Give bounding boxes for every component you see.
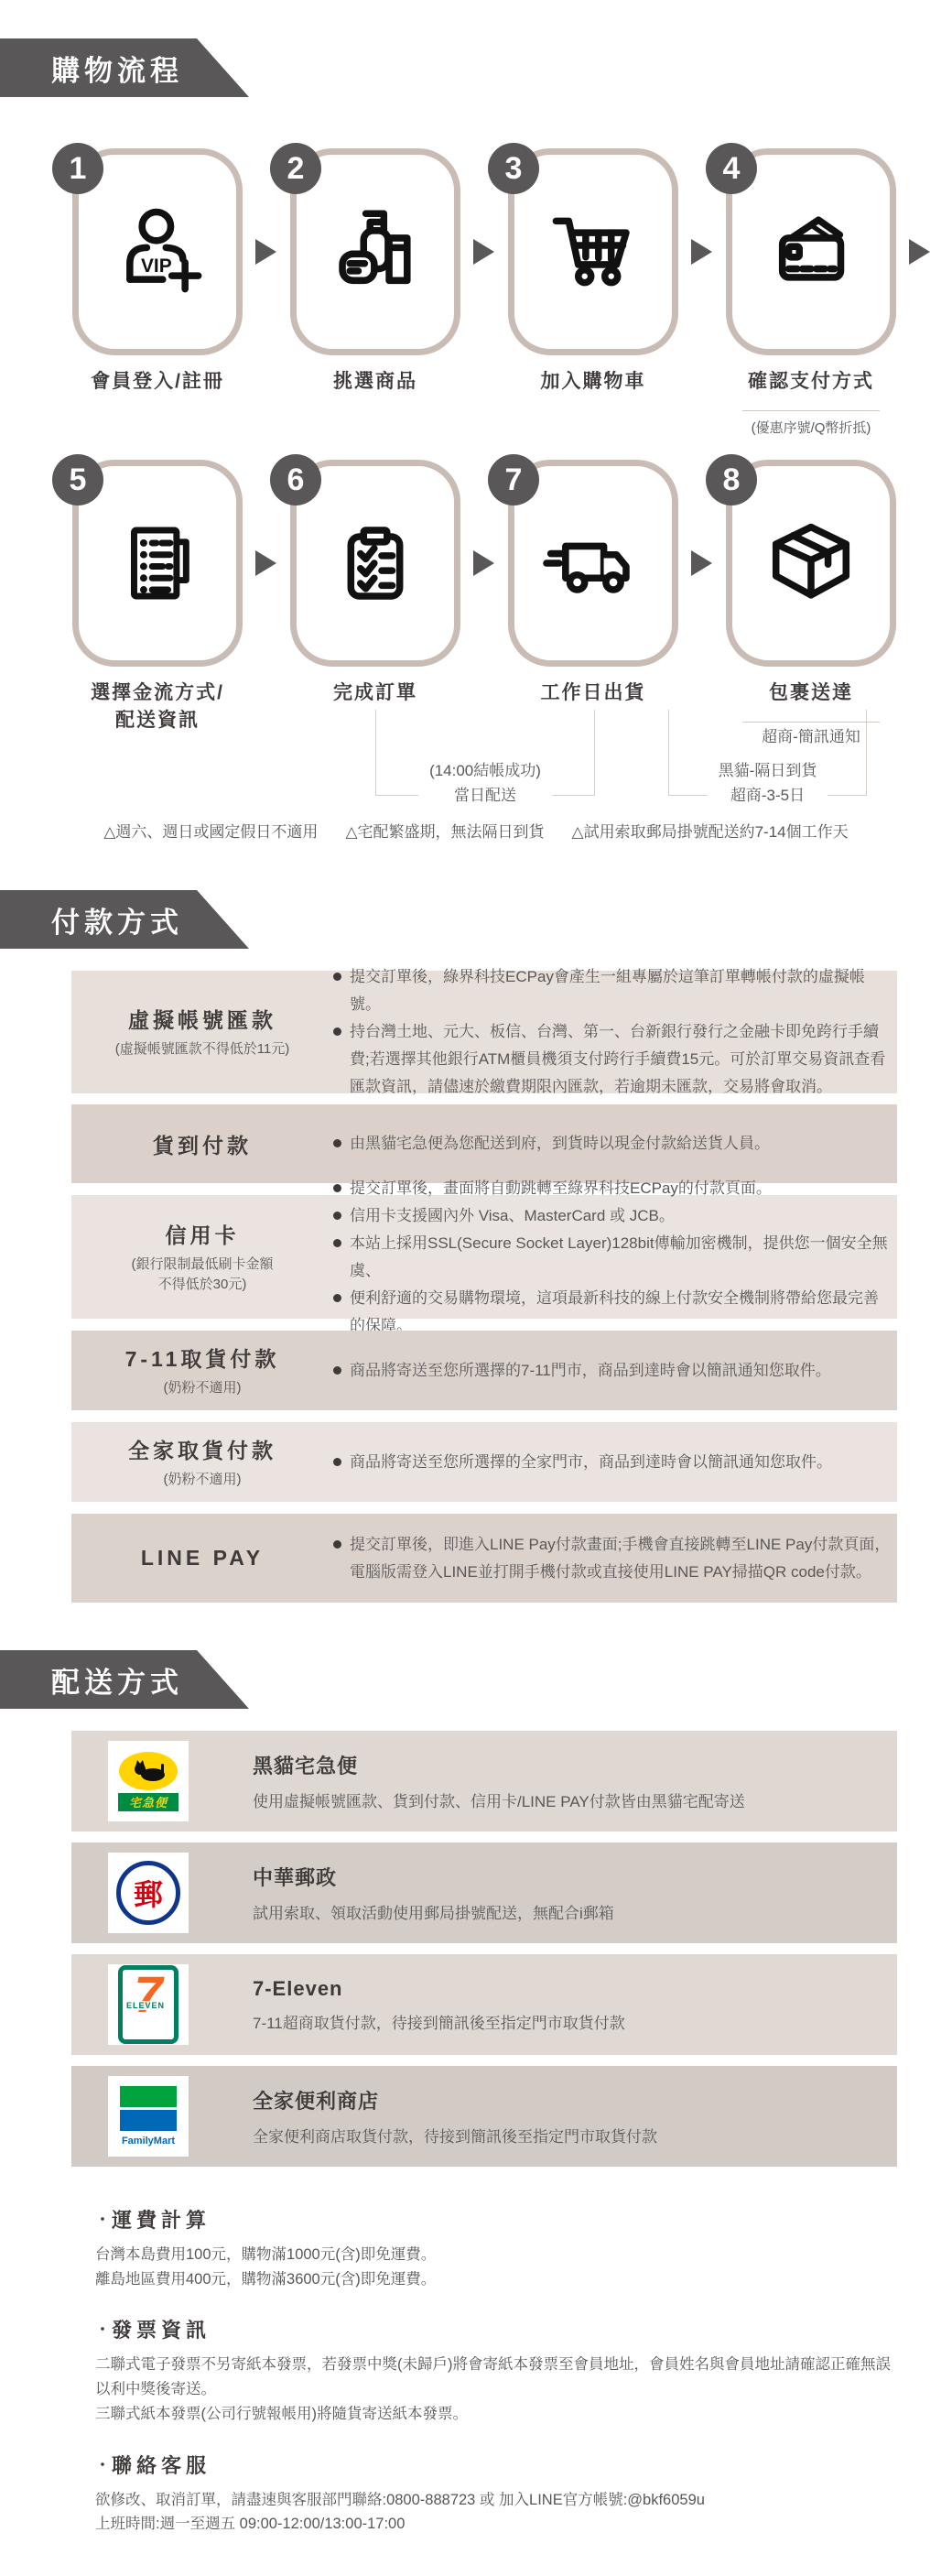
section-banner-shopping-process: 購物流程 xyxy=(0,38,249,97)
familymart-label: FamilyMart xyxy=(122,2136,175,2147)
bullet-dot-icon xyxy=(333,1212,341,1220)
footer-line: 上班時間:週一至週五 09:00-12:00/13:00-17:00 xyxy=(95,2512,901,2537)
payment-method-name: 虛擬帳號匯款 xyxy=(71,1004,333,1034)
clipboard-icon xyxy=(322,510,428,616)
payment-method-details: 提交訂單後，畫面將自動跳轉至綠界科技ECPay的付款頁面。信用卡支援國內外 Vi… xyxy=(333,1175,891,1340)
payment-method-title: 全家取貨付款(奶粉不適用) xyxy=(71,1434,333,1491)
step-footnote: △週六、週日或國定假日不適用 xyxy=(103,819,318,842)
bullet-dot-icon xyxy=(333,1458,341,1466)
banner-title: 付款方式 xyxy=(51,899,183,940)
payment-bullet: 提交訂單後，綠界科技ECPay會產生一組專屬於這筆訂單轉帳付款的虛擬帳號。 xyxy=(333,963,891,1018)
delivery-text: 全家便利商店全家便利商店取貨付款，待接到簡訊後至指定門市取貨付款 xyxy=(253,2086,657,2147)
payment-bullet-text: 本站上採用SSL(Secure Socket Layer)128bit傳輸加密機… xyxy=(350,1230,891,1285)
step-footnote: △宅配繁盛期，無法隔日到貨 xyxy=(345,819,544,842)
step-label: 確認支付方式 xyxy=(692,368,930,396)
footer-block: ・運費計算台灣本島費用100元，購物滿1000元(含)即免運費。離島地區費用40… xyxy=(95,2205,901,2291)
step-arrow-icon xyxy=(473,550,494,576)
step-footnote: △試用索取郵局掛號配送約7-14個工作天 xyxy=(572,819,849,842)
step-6: 6完成訂單 xyxy=(290,460,460,667)
delivery-name: 全家便利商店 xyxy=(253,2086,657,2114)
wallet-icon xyxy=(758,199,864,305)
seven-numeral: 7 xyxy=(123,1964,174,2024)
footer-heading: ・運費計算 xyxy=(95,2205,901,2234)
delivery-logo-tile: 宅急便 xyxy=(108,1741,189,1821)
payment-method-title: 貨到付款 xyxy=(71,1129,333,1159)
step-number-badge: 4 xyxy=(706,143,757,194)
bullet-dot-icon xyxy=(333,973,341,981)
payment-bullet-text: 信用卡支援國內外 Visa、MasterCard 或 JCB。 xyxy=(350,1202,675,1230)
section-banner-payment: 付款方式 xyxy=(0,890,249,949)
payment-bullet: 信用卡支援國內外 Visa、MasterCard 或 JCB。 xyxy=(333,1202,891,1230)
step-arrow-icon xyxy=(255,550,276,576)
payment-bullet-text: 提交訂單後，即進入LINE Pay付款畫面;手機會直接跳轉至LINE Pay付款… xyxy=(350,1531,891,1586)
payment-method-details: 提交訂單後，即進入LINE Pay付款畫面;手機會直接跳轉至LINE Pay付款… xyxy=(333,1531,891,1586)
step-number-badge: 7 xyxy=(488,454,539,505)
payment-bullet: 提交訂單後，畫面將自動跳轉至綠界科技ECPay的付款頁面。 xyxy=(333,1175,891,1202)
payment-bullet-text: 提交訂單後，綠界科技ECPay會產生一組專屬於這筆訂單轉帳付款的虛擬帳號。 xyxy=(350,963,891,1018)
step-card: 5 xyxy=(72,460,243,667)
bullet-dot-icon xyxy=(333,1139,341,1147)
bullet-dot-icon xyxy=(333,1540,341,1549)
payment-method-title: LINE PAY xyxy=(71,1546,333,1571)
footer-info: ・運費計算台灣本島費用100元，購物滿1000元(含)即免運費。離島地區費用40… xyxy=(95,2205,901,2560)
payment-method-subtitle: (虛擬帳號匯款不得低於11元) xyxy=(71,1039,333,1060)
banner-title: 購物流程 xyxy=(51,48,183,89)
step-number-badge: 5 xyxy=(52,454,103,505)
package-icon xyxy=(758,510,864,616)
footer-heading: ・聯絡客服 xyxy=(95,2451,901,2479)
delivery-desc: 使用虛擬帳號匯款、貨到付款、信用卡/LINE PAY付款皆由黑貓宅配寄送 xyxy=(253,1788,745,1811)
payment-method-name: LINE PAY xyxy=(71,1546,333,1571)
cart-icon xyxy=(540,199,646,305)
payment-method-details: 商品將寄送至您所選擇的全家門市，商品到達時會以簡訊通知您取件。 xyxy=(333,1449,891,1476)
step-label: 挑選商品 xyxy=(256,368,494,396)
step-card: 4 xyxy=(726,148,896,355)
footer-line: 欲修改、取消訂單，請盡速與客服部門聯絡:0800-888723 或 加入LINE… xyxy=(95,2488,901,2513)
step-note: (優惠序號/Q幣折抵) xyxy=(692,418,930,437)
payment-bullet-text: 提交訂單後，畫面將自動跳轉至綠界科技ECPay的付款頁面。 xyxy=(350,1175,772,1202)
annotation-text: (14:00結帳成功) 當日配送 xyxy=(418,759,552,808)
step-card: 2 xyxy=(290,148,460,355)
payment-bullet: 商品將寄送至您所選擇的全家門市，商品到達時會以簡訊通知您取件。 xyxy=(333,1449,891,1476)
bullet-dot-icon xyxy=(333,1027,341,1036)
step-label: 會員登入/註冊 xyxy=(38,368,276,396)
delivery-name: 黑貓宅急便 xyxy=(253,1751,745,1779)
step-number-badge: 8 xyxy=(706,454,757,505)
payment-method-subtitle: (奶粉不適用) xyxy=(71,1470,333,1491)
delivery-name: 7-Eleven xyxy=(253,1977,625,2001)
step-number-badge: 6 xyxy=(270,454,321,505)
section-banner-delivery: 配送方式 xyxy=(0,1650,249,1709)
delivery-logo-tile: 7 ELEVEN xyxy=(108,1964,189,2045)
payment-row: 貨到付款由黑貓宅急便為您配送到府，到貨時以現金付款給送貨人員。 xyxy=(71,1104,897,1183)
payment-row: 虛擬帳號匯款(虛擬帳號匯款不得低於11元)提交訂單後，綠界科技ECPay會產生一… xyxy=(71,971,897,1093)
footer-heading: ・發票資訊 xyxy=(95,2315,901,2343)
payment-method-title: 信用卡(銀行限制最低刷卡金額 不得低於30元) xyxy=(71,1219,333,1296)
familymart-blue-bar xyxy=(120,2110,177,2131)
step-arrow-icon xyxy=(473,239,494,265)
step-label: 完成訂單 xyxy=(256,679,494,707)
payment-row: LINE PAY提交訂單後，即進入LINE Pay付款畫面;手機會直接跳轉至LI… xyxy=(71,1514,897,1603)
delivery-row: 宅急便黑貓宅急便使用虛擬帳號匯款、貨到付款、信用卡/LINE PAY付款皆由黑貓… xyxy=(71,1731,897,1831)
page: 購物流程 VIP1會員登入/註冊 2挑選商品 3加入購物車 4確認支付方式(優惠… xyxy=(0,0,952,2576)
payment-bullet: 商品將寄送至您所選擇的7-11門市，商品到達時會以簡訊通知您取件。 xyxy=(333,1357,891,1385)
step-footnotes: △週六、週日或國定假日不適用△宅配繁盛期，無法隔日到貨△試用索取郵局掛號配送約7… xyxy=(0,819,952,842)
vip-member-icon: VIP xyxy=(104,199,211,305)
payment-bullet: 持台灣土地、元大、板信、台灣、第一、台新銀行發行之金融卡即免跨行手續費;若選擇其… xyxy=(333,1018,891,1101)
footer-line: 二聯式電子發票不另寄紙本發票，若發票中獎(未歸戶)將會寄紙本發票至會員地址，會員… xyxy=(95,2353,901,2401)
eleven-label: ELEVEN xyxy=(125,2001,166,2010)
delivery-desc: 全家便利商店取貨付款，待接到簡訊後至指定門市取貨付款 xyxy=(253,2124,657,2147)
footer-heading-text: 運費計算 xyxy=(112,2209,211,2232)
familymart-green-bar xyxy=(120,2086,177,2107)
bullet-dot-icon xyxy=(333,1366,341,1375)
step-arrow-icon xyxy=(691,239,712,265)
delivery-desc: 7-11超商取貨付款，待接到簡訊後至指定門市取貨付款 xyxy=(253,2010,625,2033)
payment-method-details: 提交訂單後，綠界科技ECPay會產生一組專屬於這筆訂單轉帳付款的虛擬帳號。持台灣… xyxy=(333,963,891,1101)
delivery-text: 7-Eleven7-11超商取貨付款，待接到簡訊後至指定門市取貨付款 xyxy=(253,1977,625,2033)
delivery-name: 中華郵政 xyxy=(253,1863,614,1891)
payment-bullet-text: 商品將寄送至您所選擇的7-11門市，商品到達時會以簡訊通知您取件。 xyxy=(350,1357,831,1385)
footer-bullet-icon: ・ xyxy=(95,2458,110,2473)
step-arrow-icon xyxy=(255,239,276,265)
footer-bullet-icon: ・ xyxy=(95,2322,110,2338)
step-card: VIP1 xyxy=(72,148,243,355)
payment-row: 全家取貨付款(奶粉不適用)商品將寄送至您所選擇的全家門市，商品到達時會以簡訊通知… xyxy=(71,1422,897,1502)
step-label: 選擇金流方式/ 配送資訊 xyxy=(38,679,276,735)
banner-title: 配送方式 xyxy=(51,1659,183,1701)
step-2: 2挑選商品 xyxy=(290,148,460,355)
familymart-logo-icon: FamilyMart xyxy=(120,2086,177,2147)
step-card: 7 xyxy=(508,460,678,667)
step-number-badge: 2 xyxy=(270,143,321,194)
payment-bullet-text: 持台灣土地、元大、板信、台灣、第一、台新銀行發行之金融卡即免跨行手續費;若選擇其… xyxy=(350,1018,891,1101)
step-arrow-icon xyxy=(909,239,930,265)
step-note-divider xyxy=(742,410,880,411)
payment-method-name: 信用卡 xyxy=(71,1219,333,1249)
footer-line: 三聯式紙本發票(公司行號報帳用)將隨貨寄送紙本發票。 xyxy=(95,2402,901,2427)
annotation-text: 黑貓-隔日到貨 超商-3-5日 xyxy=(708,759,828,808)
step-8: 8包裹送達超商-簡訊通知 xyxy=(726,460,896,667)
bullet-dot-icon xyxy=(333,1184,341,1192)
payment-method-subtitle: (奶粉不適用) xyxy=(71,1378,333,1399)
footer-line: 台灣本島費用100元，購物滿1000元(含)即免運費。 xyxy=(95,2243,901,2267)
payment-method-title: 虛擬帳號匯款(虛擬帳號匯款不得低於11元) xyxy=(71,1004,333,1060)
payment-method-title: 7-11取貨付款(奶粉不適用) xyxy=(71,1342,333,1399)
payment-row: 7-11取貨付款(奶粉不適用)商品將寄送至您所選擇的7-11門市，商品到達時會以… xyxy=(71,1331,897,1410)
seven-eleven-logo-icon: 7 ELEVEN xyxy=(118,1965,178,2044)
delivery-text: 中華郵政試用索取、領取活動使用郵局掛號配送，無配合i郵箱 xyxy=(253,1863,614,1923)
footer-line: 離島地區費用400元，購物滿3600元(含)即免運費。 xyxy=(95,2267,901,2292)
delivery-desc: 試用索取、領取活動使用郵局掛號配送，無配合i郵箱 xyxy=(253,1900,614,1923)
payment-method-name: 全家取貨付款 xyxy=(71,1434,333,1464)
step-3: 3加入購物車 xyxy=(508,148,678,355)
cosmetics-icon xyxy=(322,199,428,305)
payment-method-name: 7-11取貨付款 xyxy=(71,1342,333,1373)
step-number-badge: 1 xyxy=(52,143,103,194)
footer-bullet-icon: ・ xyxy=(95,2212,110,2228)
payment-bullet-text: 商品將寄送至您所選擇的全家門市，商品到達時會以簡訊通知您取件。 xyxy=(350,1449,832,1476)
takkyubin-label: 宅急便 xyxy=(118,1793,178,1811)
payment-method-details: 由黑貓宅急便為您配送到府，到貨時以現金付款給送貨人員。 xyxy=(333,1130,891,1158)
footer-block: ・聯絡客服欲修改、取消訂單，請盡速與客服部門聯絡:0800-888723 或 加… xyxy=(95,2451,901,2537)
payment-row: 信用卡(銀行限制最低刷卡金額 不得低於30元)提交訂單後，畫面將自動跳轉至綠界科… xyxy=(71,1195,897,1319)
svg-text:VIP: VIP xyxy=(141,255,172,277)
footer-heading-text: 聯絡客服 xyxy=(112,2454,211,2477)
delivery-text: 黑貓宅急便使用虛擬帳號匯款、貨到付款、信用卡/LINE PAY付款皆由黑貓宅配寄… xyxy=(253,1751,745,1811)
step-card: 6 xyxy=(290,460,460,667)
delivery-row: FamilyMart全家便利商店全家便利商店取貨付款，待接到簡訊後至指定門市取貨… xyxy=(71,2066,897,2167)
delivery-logo-tile: 郵 xyxy=(108,1853,189,1933)
payment-bullet: 提交訂單後，即進入LINE Pay付款畫面;手機會直接跳轉至LINE Pay付款… xyxy=(333,1531,891,1586)
step-label: 包裹送達 xyxy=(692,679,930,707)
step-5: 5選擇金流方式/ 配送資訊 xyxy=(72,460,243,667)
step-1: VIP1會員登入/註冊 xyxy=(72,148,243,355)
chunghwa-post-logo-icon: 郵 xyxy=(116,1861,180,1925)
step-number-badge: 3 xyxy=(488,143,539,194)
step-4: 4確認支付方式(優惠序號/Q幣折抵) xyxy=(726,148,896,355)
payment-bullet: 由黑貓宅急便為您配送到府，到貨時以現金付款給送貨人員。 xyxy=(333,1130,891,1158)
step-card: 3 xyxy=(508,148,678,355)
blackcat-logo-icon xyxy=(119,1752,178,1790)
bullet-dot-icon xyxy=(333,1239,341,1247)
payment-method-details: 商品將寄送至您所選擇的7-11門市，商品到達時會以簡訊通知您取件。 xyxy=(333,1357,891,1385)
footer-heading-text: 發票資訊 xyxy=(112,2319,211,2342)
step-label: 工作日出貨 xyxy=(474,679,712,707)
payment-bullet-text: 由黑貓宅急便為您配送到府，到貨時以現金付款給送貨人員。 xyxy=(350,1130,770,1158)
footer-block: ・發票資訊二聯式電子發票不另寄紙本發票，若發票中獎(未歸戶)將會寄紙本發票至會員… xyxy=(95,2315,901,2426)
step-arrow-icon xyxy=(691,550,712,576)
step-card: 8 xyxy=(726,460,896,667)
bullet-dot-icon xyxy=(333,1294,341,1302)
step-label: 加入購物車 xyxy=(474,368,712,396)
payment-method-subtitle: (銀行限制最低刷卡金額 不得低於30元) xyxy=(71,1255,333,1296)
annotation-bracket: 黑貓-隔日到貨 超商-3-5日 xyxy=(668,710,867,796)
black-cat-icon xyxy=(130,1759,167,1783)
list-icon xyxy=(104,510,211,616)
delivery-logo-tile: FamilyMart xyxy=(108,2076,189,2157)
delivery-row: 7 ELEVEN7-Eleven7-11超商取貨付款，待接到簡訊後至指定門市取貨… xyxy=(71,1954,897,2055)
step-7: 7工作日出貨 xyxy=(508,460,678,667)
delivery-row: 郵中華郵政試用索取、領取活動使用郵局掛號配送，無配合i郵箱 xyxy=(71,1842,897,1943)
payment-bullet: 本站上採用SSL(Secure Socket Layer)128bit傳輸加密機… xyxy=(333,1230,891,1285)
payment-method-name: 貨到付款 xyxy=(71,1129,333,1159)
truck-icon xyxy=(540,510,646,616)
annotation-bracket: (14:00結帳成功) 當日配送 xyxy=(375,710,595,796)
